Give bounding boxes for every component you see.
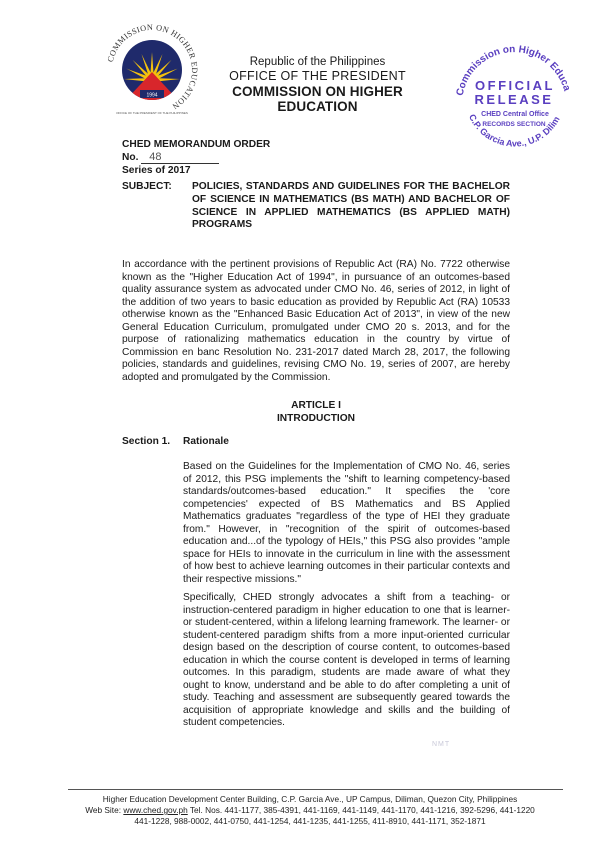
footer-telephones-2: 441-1228, 988-0002, 441-0750, 441-1254, …: [55, 816, 565, 827]
svg-text:1994: 1994: [146, 93, 157, 99]
stamp-icon: Commission on Higher Education C.P. Garc…: [448, 30, 578, 160]
memo-title: CHED MEMORANDUM ORDER: [122, 138, 270, 151]
letterhead-republic: Republic of the Philippines: [200, 56, 435, 69]
memo-block: CHED MEMORANDUM ORDER No. 48 Series of 2…: [122, 138, 270, 177]
letterhead: Republic of the Philippines OFFICE OF TH…: [200, 56, 435, 115]
footer-contact: Web Site: www.ched.gov.ph Tel. Nos. 441-…: [55, 805, 565, 816]
ched-seal-logo: 1994 COMMISSION ON HIGHER EDUCATION OFFI…: [104, 22, 200, 118]
article-heading: ARTICLE I INTRODUCTION: [122, 400, 510, 425]
preamble-paragraph: In accordance with the pertinent provisi…: [122, 259, 510, 384]
footer-telephones: Tel. Nos. 441-1177, 385-4391, 441-1169, …: [190, 805, 535, 815]
letterhead-commission: COMMISSION ON HIGHER EDUCATION: [200, 84, 435, 115]
section-title: Rationale: [183, 436, 229, 447]
official-release-stamp: Commission on Higher Education C.P. Garc…: [448, 30, 578, 160]
memo-series: Series of 2017: [122, 164, 270, 177]
section-label: Section 1.: [122, 436, 170, 447]
svg-text:RECORDS SECTION: RECORDS SECTION: [482, 121, 546, 128]
subject-label: SUBJECT:: [122, 181, 172, 192]
rationale-paragraph-2: Specifically, CHED strongly advocates a …: [183, 592, 510, 730]
footer: Higher Education Development Center Buil…: [55, 794, 565, 827]
letterhead-office: OFFICE OF THE PRESIDENT: [200, 69, 435, 83]
article-number: ARTICLE I: [122, 400, 510, 413]
memo-number-label: No.: [122, 152, 138, 163]
svg-text:CHED Central Office: CHED Central Office: [481, 111, 549, 118]
memo-number-value: 48: [141, 152, 219, 164]
footer-website-link[interactable]: www.ched.gov.ph: [123, 805, 187, 815]
footer-address: Higher Education Development Center Buil…: [55, 794, 565, 805]
footer-web-label: Web Site:: [85, 805, 121, 815]
article-title: INTRODUCTION: [122, 413, 510, 426]
footer-divider: [68, 789, 563, 790]
page-initials-mark: NMT: [432, 741, 450, 748]
memo-number: No. 48: [122, 151, 270, 164]
svg-text:RELEASE: RELEASE: [475, 92, 554, 107]
rationale-paragraph-1: Based on the Guidelines for the Implemen…: [183, 461, 510, 586]
svg-text:OFFICE OF THE PRESIDENT OF THE: OFFICE OF THE PRESIDENT OF THE PHILIPPIN…: [116, 111, 188, 115]
svg-text:OFFICIAL: OFFICIAL: [475, 78, 555, 93]
subject-text: POLICIES, STANDARDS AND GUIDELINES FOR T…: [192, 181, 510, 232]
seal-icon: 1994 COMMISSION ON HIGHER EDUCATION OFFI…: [104, 22, 200, 118]
